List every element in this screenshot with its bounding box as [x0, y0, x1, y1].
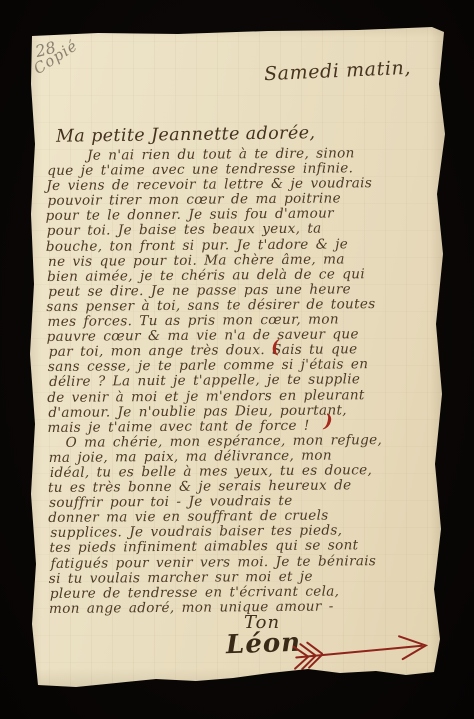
letter-salutation: Ma petite Jeannette adorée, [56, 123, 316, 147]
red-arrow-icon [285, 625, 438, 677]
red-ink-open-paren-mark: ( [270, 337, 281, 359]
letter-paper: 28 Copié Samedi matin, Ma petite Jeannet… [28, 24, 446, 690]
letter-body: Je n'ai rien du tout à te dire, sinonque… [45, 145, 451, 616]
letter-dateline: Samedi matin, [264, 57, 412, 85]
red-ink-close-paren-mark: ) [323, 411, 333, 433]
photo-background: 28 Copié Samedi matin, Ma petite Jeannet… [0, 0, 474, 719]
